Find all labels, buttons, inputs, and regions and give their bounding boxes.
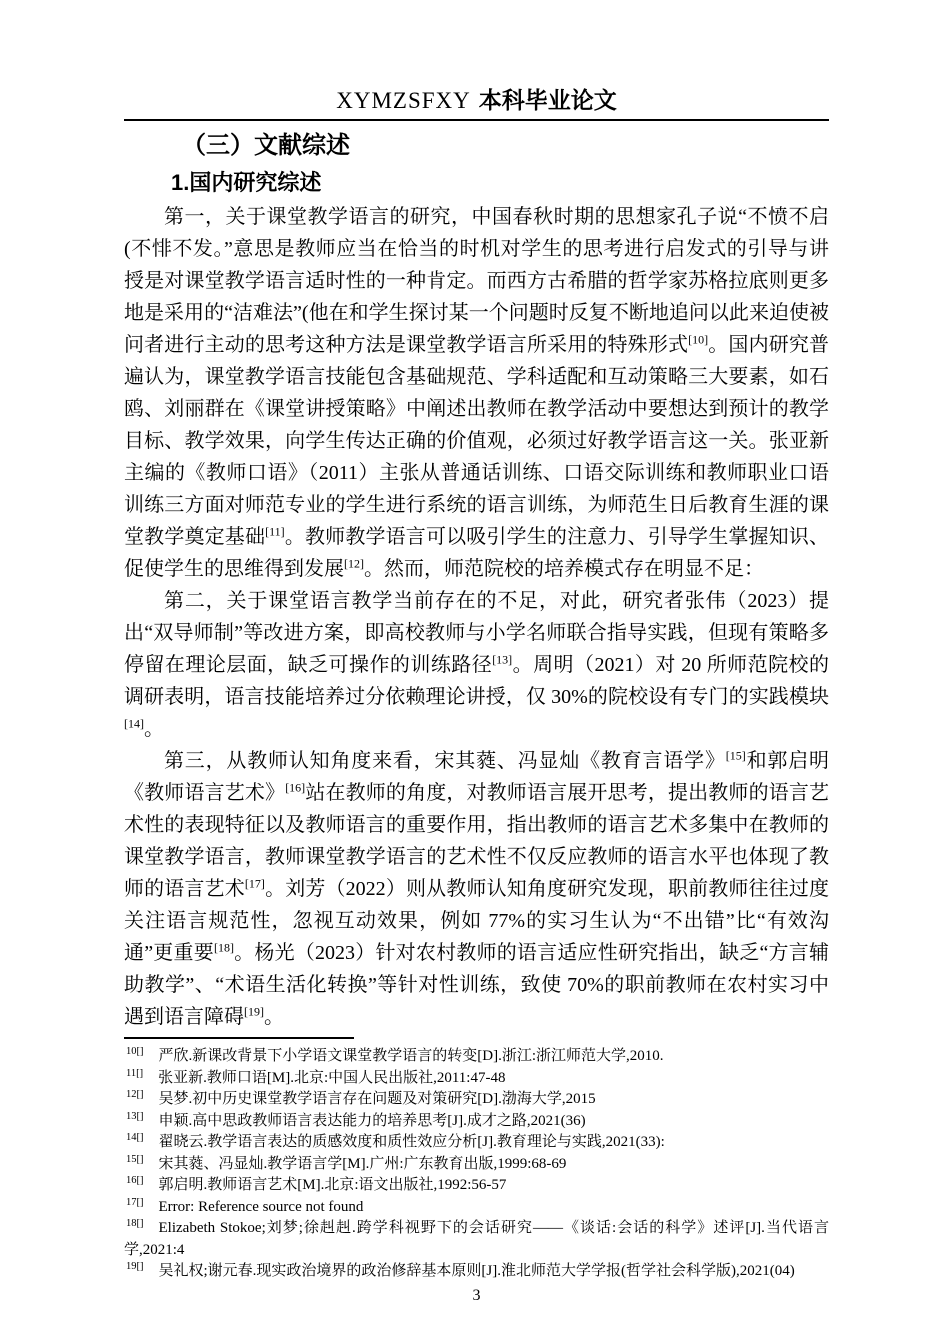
footnote-text: Elizabeth Stokoe;刘梦;徐赳赳.跨学科视野下的会话研究——《谈话… bbox=[124, 1220, 829, 1258]
body-paragraph-1: 第一，关于课堂教学语言的研究，中国春秋时期的思想家孔子说“不愤不启(不悱不发。”… bbox=[124, 201, 829, 585]
footnote-marker: 11[] bbox=[124, 1068, 143, 1079]
thesis-page: XYMZSFXY本科毕业论文 （三）文献综述 1.国内研究综述 第一，关于课堂教… bbox=[0, 0, 950, 1344]
body-paragraph-2: 第二，关于课堂语言教学当前存在的不足，对此，研究者张伟（2023）提出“双导师制… bbox=[124, 585, 829, 745]
section-heading: （三）文献综述 bbox=[182, 129, 829, 163]
footnote-marker: 17[] bbox=[124, 1197, 144, 1208]
subsection-heading: 1.国内研究综述 bbox=[171, 167, 829, 198]
footnote-text: 严欣.新课改背景下小学语文课堂教学语言的转变[D].浙江:浙江师范大学,2010… bbox=[159, 1048, 664, 1064]
body-paragraph-3: 第三，从教师认知角度来看，宋其蕤、冯显灿《教育言语学》[15]和郭启明《教师语言… bbox=[124, 745, 829, 1033]
page-number: 3 bbox=[124, 1286, 829, 1306]
footnote-marker: 14[] bbox=[124, 1132, 144, 1143]
footnote-item: 16[]郭启明.教师语言艺术[M].北京:语文出版社,1992:56-57 bbox=[124, 1175, 829, 1197]
footnote-marker: 16[] bbox=[124, 1175, 144, 1186]
footnote-text: 吴梦.初中历史课堂教学语言存在问题及对策研究[D].渤海大学,2015 bbox=[159, 1091, 596, 1107]
footnote-marker: 12[] bbox=[124, 1089, 144, 1100]
footnote-text: 申颖.高中思政教师语言表达能力的培养思考[J].成才之路,2021(36) bbox=[159, 1113, 586, 1129]
header-title-chinese: 本科毕业论文 bbox=[479, 88, 617, 113]
page-content: XYMZSFXY本科毕业论文 （三）文献综述 1.国内研究综述 第一，关于课堂教… bbox=[124, 0, 829, 1306]
footnote-marker: 19[] bbox=[124, 1261, 144, 1272]
footnote-item: 19[]吴礼权;谢元春.现实政治境界的政治修辞基本原则[J].淮北师范大学学报(… bbox=[124, 1261, 829, 1283]
footnote-list: 10[]严欣.新课改背景下小学语文课堂教学语言的转变[D].浙江:浙江师范大学,… bbox=[124, 1046, 829, 1283]
footnote-item: 13[]申颖.高中思政教师语言表达能力的培养思考[J].成才之路,2021(36… bbox=[124, 1111, 829, 1133]
footnote-marker: 10[] bbox=[124, 1046, 144, 1057]
footnote-item: 12[]吴梦.初中历史课堂教学语言存在问题及对策研究[D].渤海大学,2015 bbox=[124, 1089, 829, 1111]
footnote-separator bbox=[124, 1037, 354, 1039]
footnote-text: 吴礼权;谢元春.现实政治境界的政治修辞基本原则[J].淮北师范大学学报(哲学社会… bbox=[159, 1263, 795, 1279]
header-title-latin: XYMZSFXY bbox=[336, 88, 471, 113]
footnote-text: 郭启明.教师语言艺术[M].北京:语文出版社,1992:56-57 bbox=[159, 1177, 507, 1193]
footnote-text: 宋其蕤、冯显灿.教学语言学[M].广州:广东教育出版,1999:68-69 bbox=[159, 1156, 567, 1172]
footnote-item: 18[]Elizabeth Stokoe;刘梦;徐赳赳.跨学科视野下的会话研究—… bbox=[124, 1218, 829, 1261]
footnote-item: 10[]严欣.新课改背景下小学语文课堂教学语言的转变[D].浙江:浙江师范大学,… bbox=[124, 1046, 829, 1068]
footnote-text: 翟晓云.教学语言表达的质感效度和质性效应分析[J].教育理论与实践,2021(3… bbox=[159, 1134, 665, 1150]
footnote-marker: 15[] bbox=[124, 1154, 144, 1165]
footnote-item: 15[]宋其蕤、冯显灿.教学语言学[M].广州:广东教育出版,1999:68-6… bbox=[124, 1154, 829, 1176]
header-rule bbox=[124, 119, 829, 121]
footnote-marker: 18[] bbox=[124, 1218, 144, 1229]
footnote-text: 张亚新.教师口语[M].北京:中国人民出版社,2011:47-48 bbox=[158, 1070, 505, 1086]
footnote-marker: 13[] bbox=[124, 1111, 144, 1122]
footnote-item: 17[]Error: Reference source not found bbox=[124, 1197, 829, 1219]
footnote-item: 11[]张亚新.教师口语[M].北京:中国人民出版社,2011:47-48 bbox=[124, 1068, 829, 1090]
footnote-item: 14[]翟晓云.教学语言表达的质感效度和质性效应分析[J].教育理论与实践,20… bbox=[124, 1132, 829, 1154]
body-text: 第一，关于课堂教学语言的研究，中国春秋时期的思想家孔子说“不愤不启(不悱不发。”… bbox=[124, 201, 829, 1033]
footnote-text: Error: Reference source not found bbox=[159, 1199, 364, 1215]
page-header: XYMZSFXY本科毕业论文 bbox=[124, 0, 829, 116]
